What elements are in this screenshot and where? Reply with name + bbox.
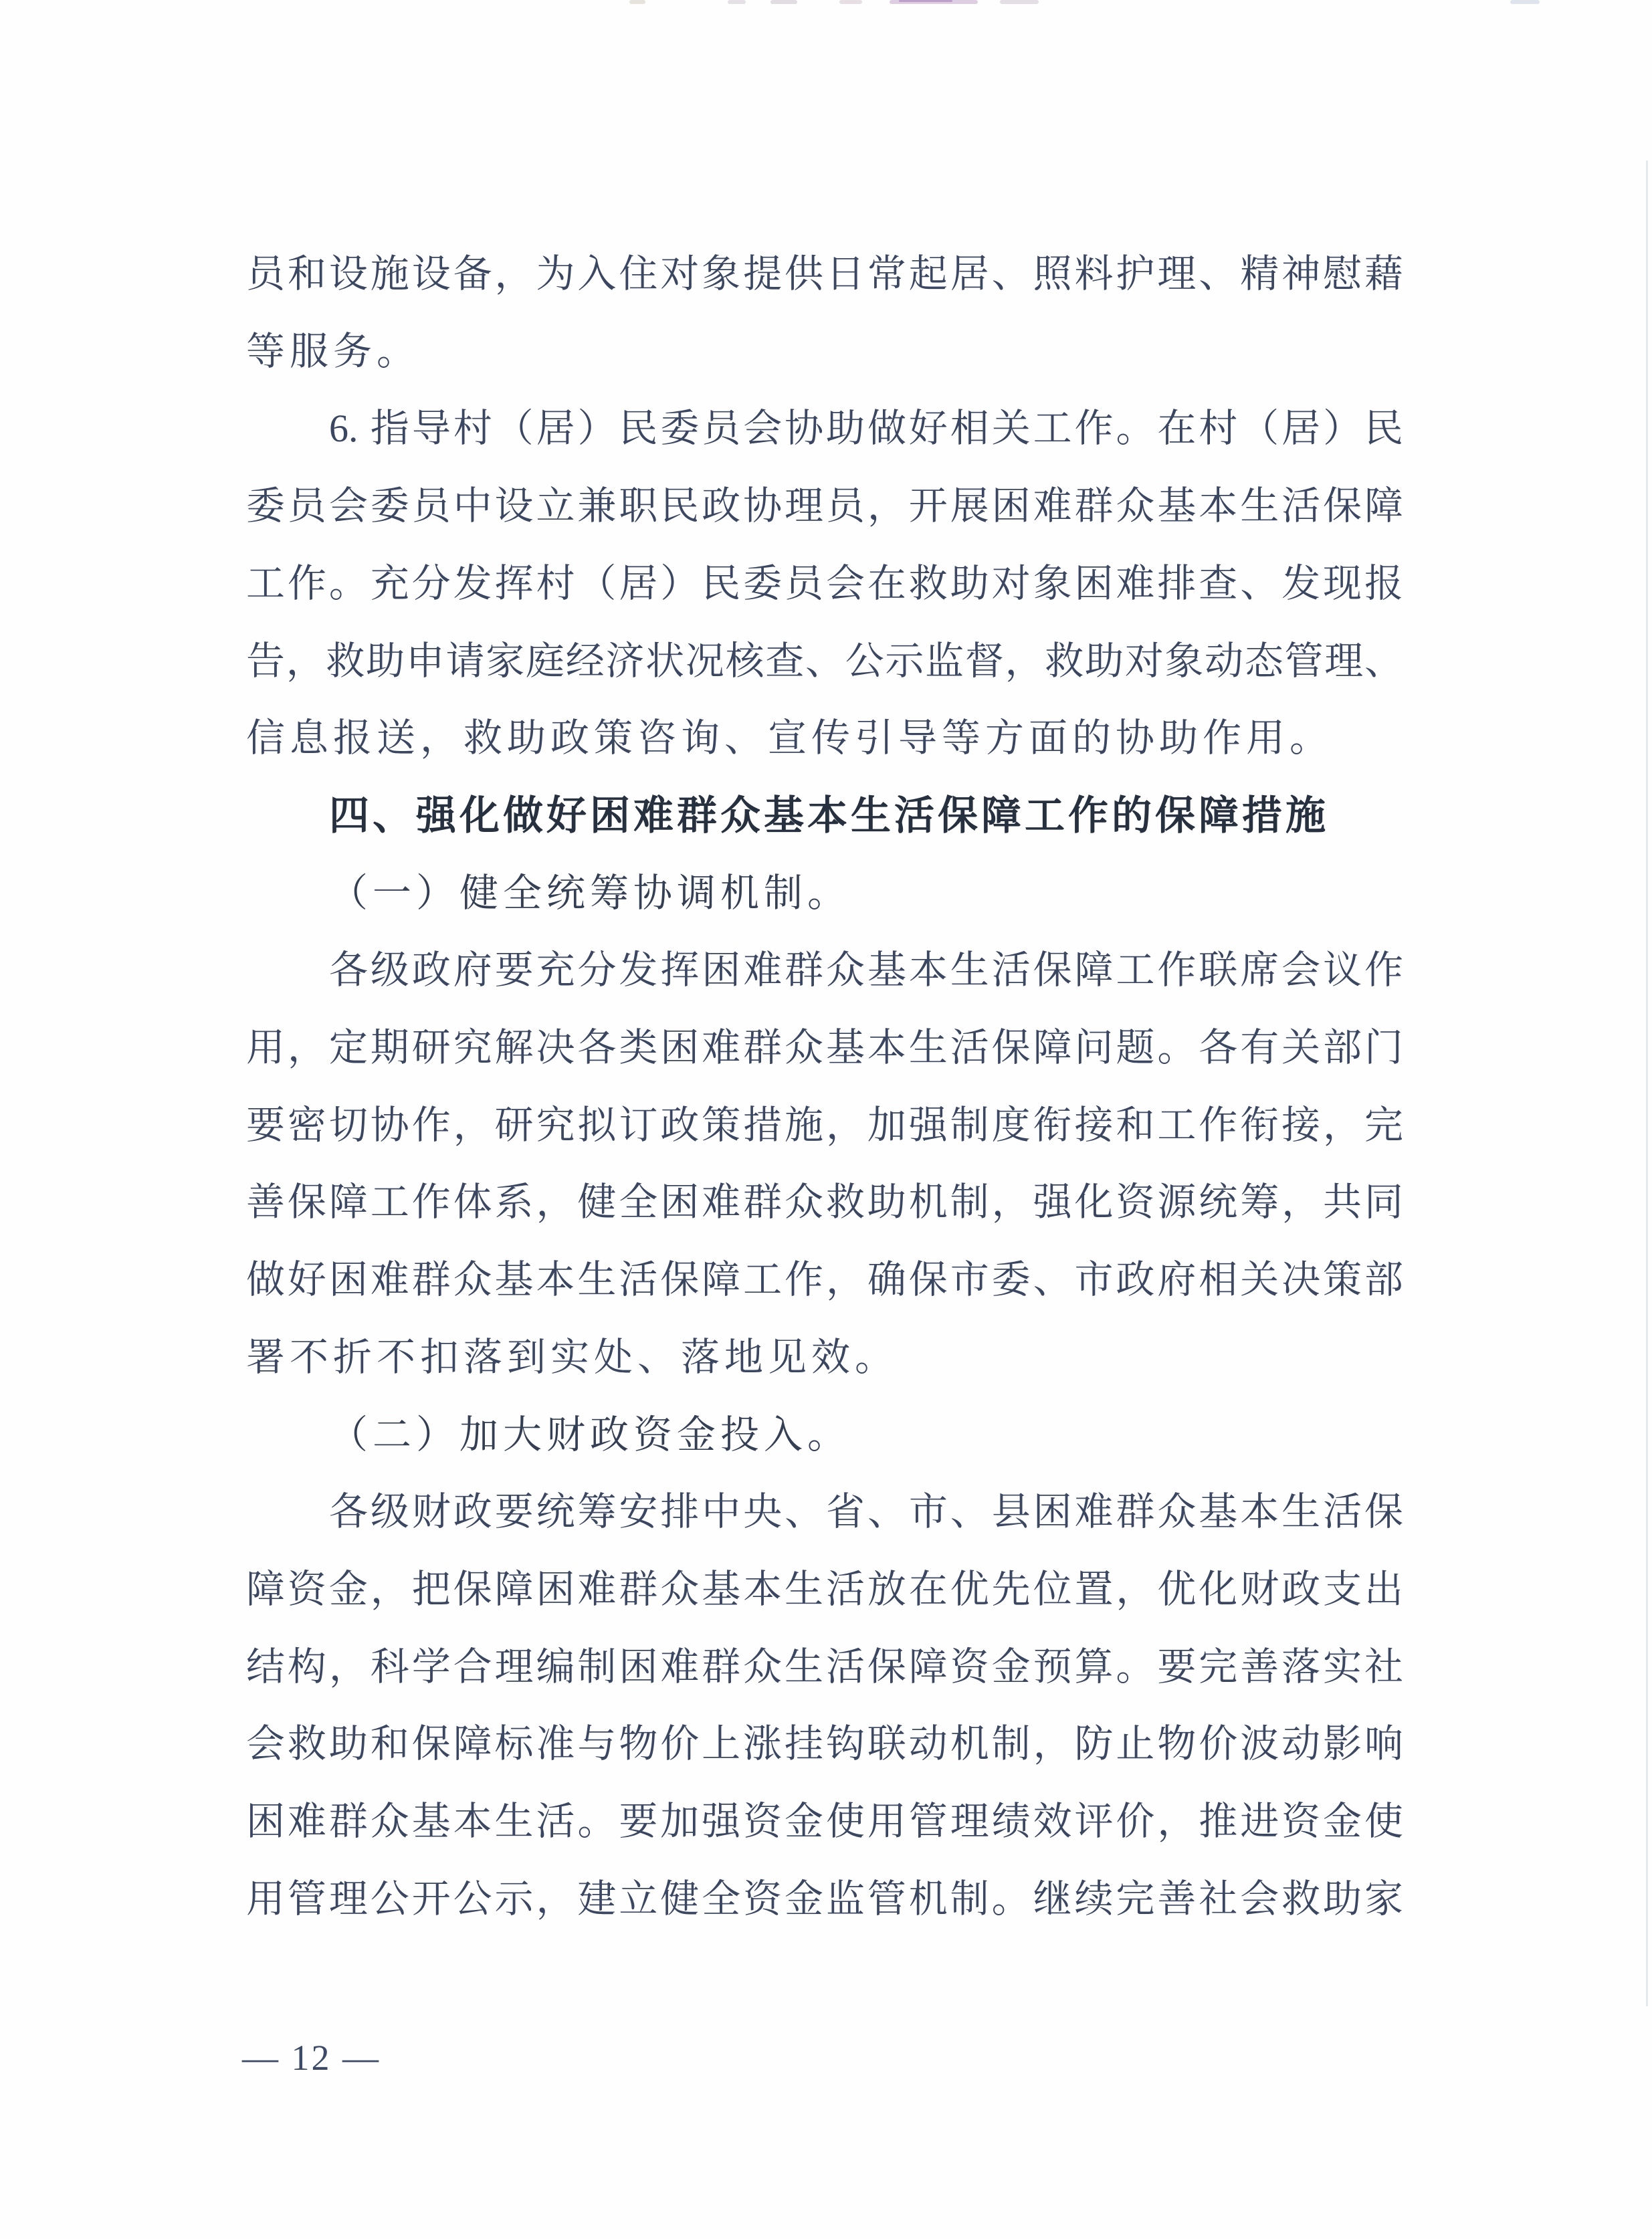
scan-artifact bbox=[770, 0, 797, 4]
text-line-18: 障资金，把保障困难群众基本生活放在优先位置，优化财政支出 bbox=[246, 1568, 1403, 1612]
subsection-heading-2: （二）加大财政资金投入。 bbox=[246, 1414, 1403, 1458]
scan-artifact bbox=[1000, 0, 1039, 4]
scan-artifact bbox=[728, 0, 746, 4]
text-line-11: 用，定期研究解决各类困难群众基本生活保障问题。各有关部门 bbox=[246, 1027, 1403, 1071]
text-line-15: 署不折不扣落到实处、落地见效。 bbox=[246, 1336, 1403, 1380]
text-line-20: 会救助和保障标准与物价上涨挂钩联动机制，防止物价波动影响 bbox=[246, 1723, 1403, 1767]
text-line-12: 要密切协作，研究拟订政策措施，加强制度衔接和工作衔接，完 bbox=[246, 1104, 1403, 1148]
text-line-05: 工作。充分发挥村（居）民委员会在救助对象困难排查、发现报 bbox=[246, 562, 1403, 607]
text-line-19: 结构，科学合理编制困难群众生活保障资金预算。要完善落实社 bbox=[246, 1646, 1403, 1690]
text-line-22: 用管理公开公示，建立健全资金监管机制。继续完善社会救助家 bbox=[246, 1878, 1403, 1922]
page-number: — 12 — bbox=[242, 2034, 381, 2081]
scan-artifact bbox=[839, 0, 862, 4]
document-page: 员和设施设备，为入住对象提供日常起居、照料护理、精神慰藉 等服务。 6. 指导村… bbox=[0, 0, 1652, 2239]
scan-artifact bbox=[899, 0, 952, 2]
scan-edge-line bbox=[1646, 161, 1648, 2006]
text-line-07: 信息报送，救助政策咨询、宣传引导等方面的协助作用。 bbox=[246, 717, 1403, 761]
text-line-21: 困难群众基本生活。要加强资金使用管理绩效评价，推进资金使 bbox=[246, 1800, 1403, 1844]
text-line-02: 等服务。 bbox=[246, 330, 1403, 375]
text-line-14: 做好困难群众基本生活保障工作，确保市委、市政府相关决策部 bbox=[246, 1259, 1403, 1303]
text-line-17: 各级财政要统筹安排中央、省、市、县困难群众基本生活保 bbox=[246, 1491, 1403, 1535]
text-line-03: 6. 指导村（居）民委员会协助做好相关工作。在村（居）民 bbox=[246, 407, 1403, 451]
scan-artifact bbox=[1510, 0, 1540, 4]
text-line-13: 善保障工作体系，健全困难群众救助机制，强化资源统筹，共同 bbox=[246, 1181, 1403, 1225]
text-line-04: 委员会委员中设立兼职民政协理员，开展困难群众基本生活保障 bbox=[246, 485, 1403, 529]
subsection-heading-1: （一）健全统筹协调机制。 bbox=[246, 872, 1403, 916]
section-heading: 四、强化做好困难群众基本生活保障工作的保障措施 bbox=[246, 794, 1403, 839]
scan-artifact bbox=[629, 0, 645, 4]
text-line-06: 告，救助申请家庭经济状况核查、公示监督，救助对象动态管理、 bbox=[246, 640, 1403, 684]
text-line-01: 员和设施设备，为入住对象提供日常起居、照料护理、精神慰藉 bbox=[246, 253, 1403, 297]
text-line-10: 各级政府要充分发挥困难群众基本生活保障工作联席会议作 bbox=[246, 949, 1403, 993]
